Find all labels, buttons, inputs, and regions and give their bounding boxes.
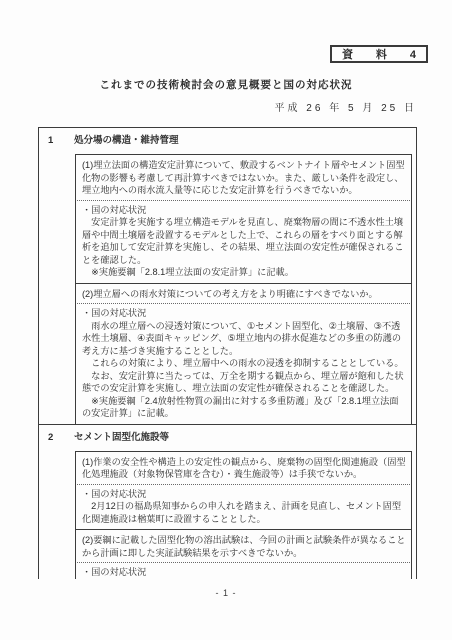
- qa-item: (1)埋立法面の構造安定計算について、敷設するベントナイト層やセメント固型化物の…: [76, 155, 411, 284]
- section-header: 2 セメント固型化施設等: [39, 425, 416, 448]
- question-text: (1)埋立法面の構造安定計算について、敷設するベントナイト層やセメント固型化物の…: [76, 155, 411, 200]
- answer-block: ・国の対応状況 雨水の埋立層への浸透対策について、①セメント固型化、②土壌層、③…: [76, 304, 411, 424]
- section-number: 2: [48, 431, 74, 444]
- section-number: 1: [48, 134, 74, 147]
- document-label-box: 資 料 4: [330, 45, 428, 63]
- response-label: ・国の対応状況: [82, 566, 406, 579]
- response-text: 前回説明した実施要綱には、告示に定められた基準（1m³あたり150kg以上の: [82, 579, 406, 580]
- response-text: 2月12日の福島県知事からの申入れを踏まえ、計画を見直し、セメント固型化関連施設…: [82, 500, 406, 525]
- question-text: (2)埋立層への雨水対策についての考え方をより明確にすべきでないか。: [76, 284, 411, 304]
- qa-item: (2)埋立層への雨水対策についての考え方をより明確にすべきでないか。 ・国の対応…: [76, 284, 411, 424]
- qa-wrap: (1)作業の安全性や構造上の安定性の観点から、廃棄物の固型化関連施設（固型化処理…: [75, 451, 412, 580]
- qa-item: (2)要綱に記載した固型化物の溶出試験は、今回の計画と試験条件が異なることから計…: [76, 530, 411, 579]
- page-title: これまでの技術検討会の意見概要と国の対応状況: [0, 77, 452, 92]
- section-title: セメント固型化施設等: [74, 431, 169, 444]
- answer-block: ・国の対応状況 前回説明した実施要綱には、告示に定められた基準（1m³あたり15…: [76, 563, 411, 579]
- answer-block: ・国の対応状況 2月12日の福島県知事からの申入れを踏まえ、計画を見直し、セメン…: [76, 485, 411, 530]
- response-label: ・国の対応状況: [82, 307, 406, 320]
- document-page: 資 料 4 これまでの技術検討会の意見概要と国の対応状況 平成 26 年 5 月…: [0, 0, 452, 640]
- response-label: ・国の対応状況: [82, 204, 406, 217]
- content-table: 1 処分場の構造・維持管理 (1)埋立法面の構造安定計算について、敷設するベント…: [38, 127, 417, 579]
- answer-block: ・国の対応状況 安定計算を実施する埋立構造モデルを見直し、廃棄物層の間に不透水性…: [76, 201, 411, 283]
- section-row-1: 1 処分場の構造・維持管理 (1)埋立法面の構造安定計算について、敷設するベント…: [39, 128, 416, 425]
- document-label: 資 料 4: [342, 46, 422, 62]
- section-row-2: 2 セメント固型化施設等 (1)作業の安全性や構造上の安定性の観点から、廃棄物の…: [39, 425, 416, 580]
- question-text: (1)作業の安全性や構造上の安定性の観点から、廃棄物の固型化関連施設（固型化処理…: [76, 452, 411, 484]
- section-header: 1 処分場の構造・維持管理: [39, 128, 416, 151]
- response-label: ・国の対応状況: [82, 488, 406, 501]
- response-text: 雨水の埋立層への浸透対策について、①セメント固型化、②土壌層、③不透水性土壌層、…: [82, 320, 406, 420]
- section-title: 処分場の構造・維持管理: [74, 134, 179, 147]
- page-number: - 1 -: [0, 588, 452, 598]
- date-line: 平成 26 年 5 月 25 日: [275, 99, 417, 114]
- response-text: 安定計算を実施する埋立構造モデルを見直し、廃棄物層の間に不透水性土壌層や中間土壌…: [82, 216, 406, 279]
- qa-wrap: (1)埋立法面の構造安定計算について、敷設するベントナイト層やセメント固型化物の…: [75, 154, 412, 424]
- question-text: (2)要綱に記載した固型化物の溶出試験は、今回の計画と試験条件が異なることから計…: [76, 530, 411, 562]
- qa-item: (1)作業の安全性や構造上の安定性の観点から、廃棄物の固型化関連施設（固型化処理…: [76, 452, 411, 531]
